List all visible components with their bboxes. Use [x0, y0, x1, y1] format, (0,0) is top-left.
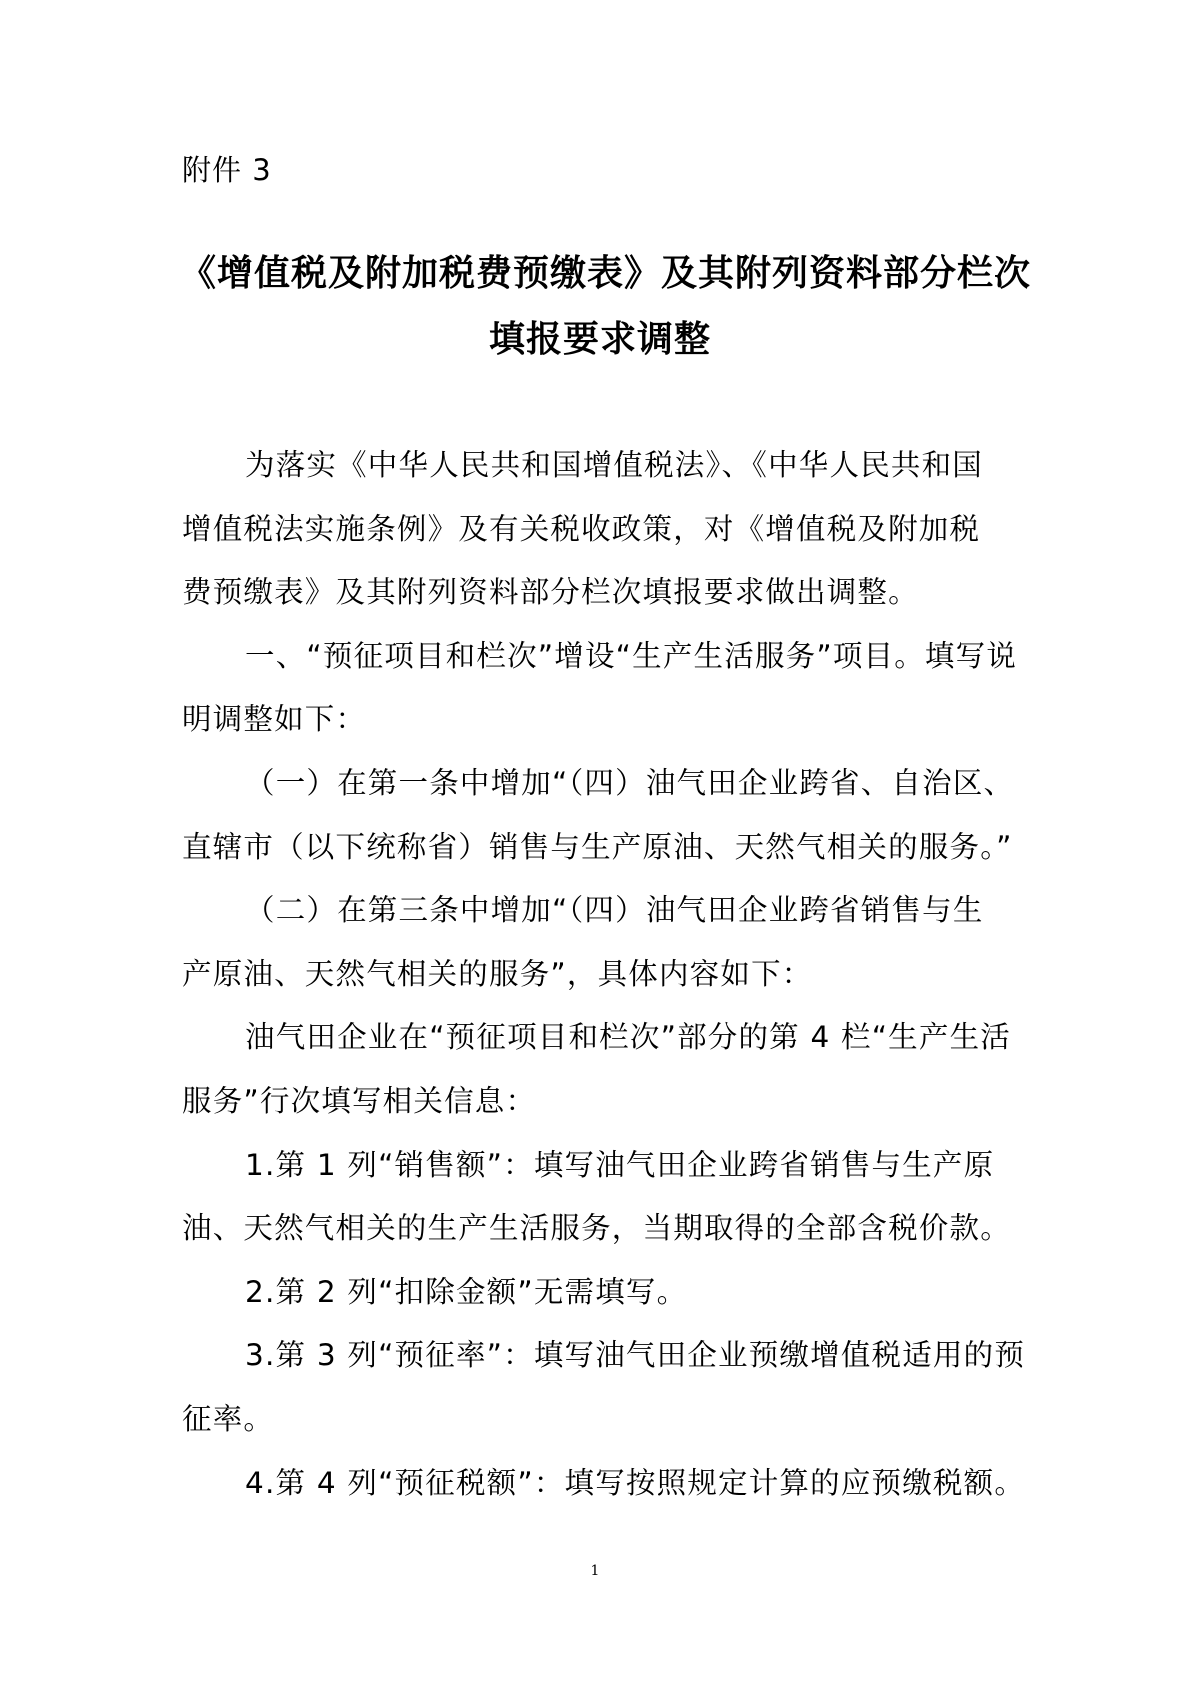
page-number: 1 — [0, 1562, 1190, 1580]
body-line: 2.第 2 列“扣除金额”无需填写。 — [182, 1261, 1022, 1325]
title-line: 填报要求调整 — [180, 306, 1020, 372]
body-line: 直辖市（以下统称省）销售与生产原油、天然气相关的服务。” — [182, 816, 1022, 880]
body-line: 3.第 3 列“预征率”：填写油气田企业预缴增值税适用的预 — [182, 1324, 1022, 1388]
body-line: 产原油、天然气相关的服务”，具体内容如下： — [182, 943, 1022, 1007]
body-line: 服务”行次填写相关信息： — [182, 1070, 1022, 1134]
document-body: 为落实《中华人民共和国增值税法》、《中华人民共和国 增值税法实施条例》及有关税收… — [182, 434, 1022, 1515]
body-line: （一）在第一条中增加“（四）油气田企业跨省、自治区、 — [182, 752, 1022, 816]
body-line: （二）在第三条中增加“（四）油气田企业跨省销售与生 — [182, 879, 1022, 943]
title-line: 《增值税及附加税费预缴表》及其附列资料部分栏次 — [180, 240, 1020, 306]
body-line: 费预缴表》及其附列资料部分栏次填报要求做出调整。 — [182, 561, 1022, 625]
body-line: 增值税法实施条例》及有关税收政策，对《增值税及附加税 — [182, 498, 1022, 562]
body-line: 为落实《中华人民共和国增值税法》、《中华人民共和国 — [182, 434, 1022, 498]
document-title: 《增值税及附加税费预缴表》及其附列资料部分栏次 填报要求调整 — [180, 240, 1020, 372]
body-line: 4.第 4 列“预征税额”：填写按照规定计算的应预缴税额。 — [182, 1452, 1022, 1516]
body-line: 明调整如下： — [182, 688, 1022, 752]
attachment-label: 附件 3 — [182, 152, 272, 188]
document-page: 附件 3 《增值税及附加税费预缴表》及其附列资料部分栏次 填报要求调整 为落实《… — [0, 0, 1190, 1683]
body-line: 油、天然气相关的生产生活服务，当期取得的全部含税价款。 — [182, 1197, 1022, 1261]
body-line: 征率。 — [182, 1388, 1022, 1452]
body-line: 油气田企业在“预征项目和栏次”部分的第 4 栏“生产生活 — [182, 1006, 1022, 1070]
body-line: 1.第 1 列“销售额”：填写油气田企业跨省销售与生产原 — [182, 1134, 1022, 1198]
body-line: 一、“预征项目和栏次”增设“生产生活服务”项目。填写说 — [182, 625, 1022, 689]
